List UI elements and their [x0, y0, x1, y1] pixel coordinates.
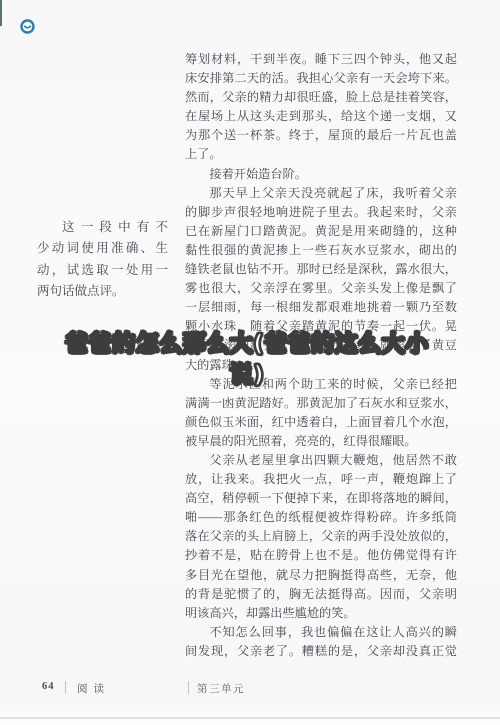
- text-line: 为那个送一杯茶。终于，屋顶的最后一片瓦也盖: [185, 126, 457, 145]
- text-line: 那天早上父亲天没亮就起了床，我听着父亲: [185, 184, 457, 203]
- text-line: 的背是驼惯了的，胸无法挺得高。因而，父亲明: [185, 585, 457, 604]
- page-footer: 64 阅读 第三单元: [0, 681, 500, 697]
- book-page-photo: 这一段中有不少动词使用准确、生动，试选取一处用一两句话做点评。 筹划材料，干到半…: [0, 0, 500, 725]
- text-line: 筹划材料，干到半夜。睡下三四个钟头，他又起: [185, 50, 457, 69]
- text-line: 颜色似玉米面，红中透着白，上面冒着几个水泡，: [185, 413, 457, 432]
- text-line: 黏性很强的黄泥掺上一些石灰水豆浆水，砌出的: [185, 241, 457, 260]
- text-line: 高空，稍停顿一下便掉下来，在即将落地的瞬间，: [185, 489, 457, 508]
- text-line: 多目光在望他，就尽力把胸挺得高些，无奈，他: [185, 566, 457, 585]
- text-line: 接着开始造台阶。: [185, 165, 457, 184]
- footer-section-label: 阅读: [77, 681, 110, 696]
- text-line: 不知怎么回事，我也偏偏在这让人高兴的瞬: [185, 623, 457, 642]
- text-line: 床安排第二天的活。我担心父亲有一天会垮下来。: [185, 69, 457, 88]
- text-line: 然而，父亲的精力却很旺盛，脸上总是挂着笑容，: [185, 88, 457, 107]
- page-edge-highlight: [0, 719, 500, 725]
- text-line: 抄着不是，贴在胯骨上也不是。他仿佛觉得有许: [185, 546, 457, 565]
- text-line: 满满一凼黄泥踏好。那黄泥加了石灰水和豆浆水，: [185, 394, 457, 413]
- text-line: 被早晨的阳光照着，亮亮的，红得很耀眼。: [185, 432, 457, 451]
- text-line: 少动词使用准确、生: [37, 238, 168, 259]
- page-number: 64: [42, 681, 55, 692]
- text-line: 这一段中有不: [37, 217, 168, 238]
- margin-note: 这一段中有不少动词使用准确、生动，试选取一处用一两句话做点评。: [37, 217, 168, 303]
- footer-unit-label: 第三单元: [197, 681, 245, 696]
- footer-divider: [188, 681, 189, 694]
- text-line: 啪——那条红色的纸棍便被炸得粉碎。许多纸筒: [185, 508, 457, 527]
- text-line: 两句话做点评。: [37, 281, 168, 302]
- text-line: 已在新屋门口踏黄泥。黄泥是用来砌缝的，这种: [185, 222, 457, 241]
- watermark-line: 说): [0, 360, 494, 391]
- text-line: 上了。: [185, 145, 457, 164]
- text-line: 放，让我来。我把火一点，呼一声，鞭炮蹿上了: [185, 470, 457, 489]
- text-line: 在屋场上从这头走到那头，给这个递一支烟，又: [185, 107, 457, 126]
- text-line: 落在父亲的头上肩膀上，父亲的两手没处放似的，: [185, 527, 457, 546]
- text-line: 动，试选取一处用一: [37, 260, 168, 281]
- text-line: 雾也很大，父亲浮在雾里。父亲头发上像是飘了: [185, 279, 457, 298]
- text-line: 缝铁老鼠也钻不开。那时已经是深秋，露水很大，: [185, 260, 457, 279]
- text-line: 明该高兴，却露出些尴尬的笑。: [185, 604, 457, 623]
- watermark-line: 爸爸的怎么那么大(爸爸的这么大小: [0, 329, 494, 360]
- watermark-overlay: 爸爸的怎么那么大(爸爸的这么大小 说): [0, 329, 494, 391]
- text-line: 间发现，父亲老了。糟糕的是，父亲却没真正觉: [185, 642, 457, 661]
- text-line: 的脚步声很轻地响进院子里去。我起来时，父亲: [185, 203, 457, 222]
- footer-divider: [65, 681, 66, 694]
- text-line: 父亲从老屋里拿出四颗大鞭炮，他居然不敢: [185, 451, 457, 470]
- text-line: 一层细雨，每一根细发都艰难地挑着一颗乃至数: [185, 298, 457, 317]
